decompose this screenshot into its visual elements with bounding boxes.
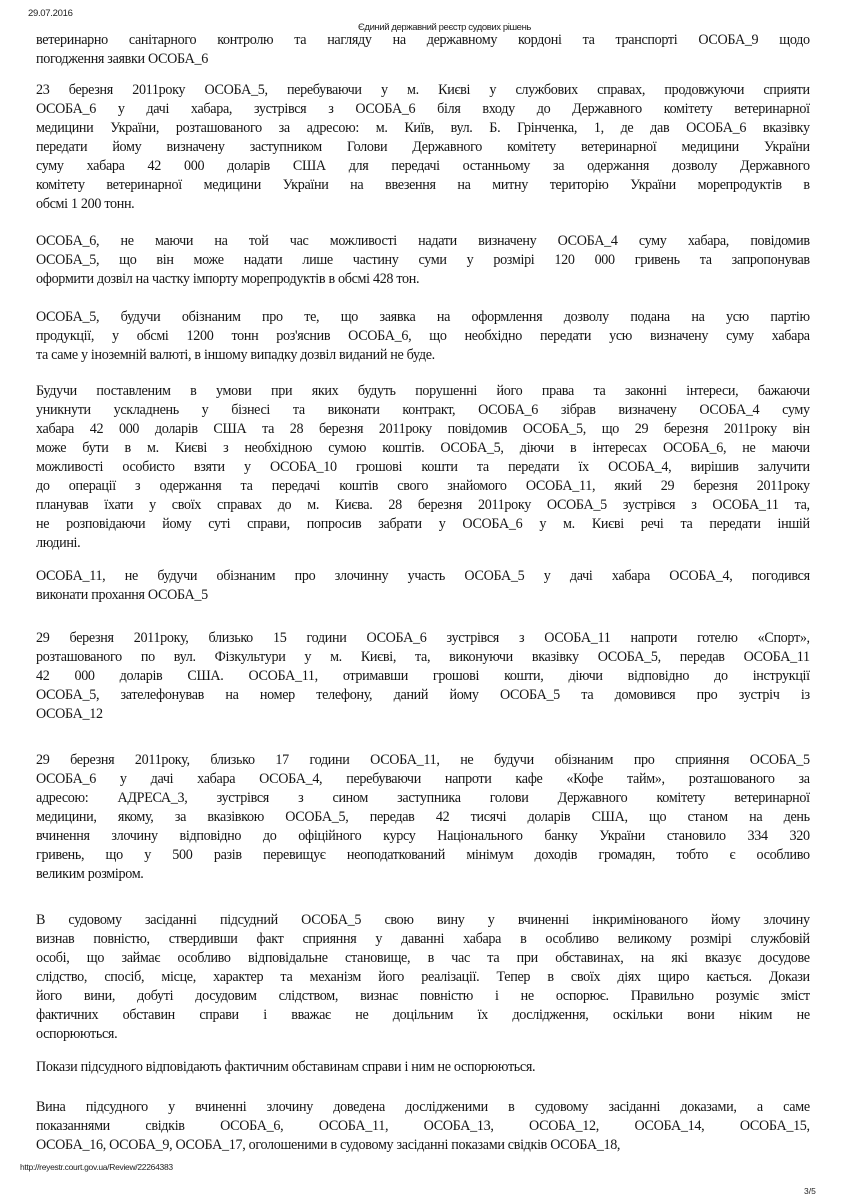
text-line: ОСОБА_5, що він може надати лише частину… <box>36 250 810 269</box>
paragraph: Покази підсудного відповідають фактичним… <box>36 1057 810 1076</box>
text-line: виконати прохання ОСОБА_5 <box>36 585 810 604</box>
text-line: великим розміром. <box>36 864 810 883</box>
text-line: ОСОБА_5, будучи обізнаним про те, що зая… <box>36 307 810 326</box>
source-url: http://reyestr.court.gov.ua/Review/22264… <box>20 1162 173 1172</box>
text-line: Будучи поставленим в умови при яких буду… <box>36 381 810 400</box>
text-line: медицини України, розташованого за адрес… <box>36 118 810 137</box>
text-line: уникнути ускладнень у бізнесі та виконат… <box>36 400 810 419</box>
paragraph: В судовому засіданні підсудний ОСОБА_5 с… <box>36 910 810 1043</box>
text-line: суму хабара 42 000 доларів США для перед… <box>36 156 810 175</box>
text-line: людині. <box>36 533 810 552</box>
text-line: Вина підсудного у вчиненні злочину довед… <box>36 1097 810 1116</box>
text-line: 29 березня 2011року, близько 17 години О… <box>36 750 810 769</box>
text-line: ОСОБА_6 у дачі хабара, зустрівся з ОСОБА… <box>36 99 810 118</box>
text-line: фактичних обставин справи і вважає не до… <box>36 1005 810 1024</box>
text-line: В судовому засіданні підсудний ОСОБА_5 с… <box>36 910 810 929</box>
text-line: ОСОБА_5, зателефонував на номер телефону… <box>36 685 810 704</box>
text-line: розташованого по вул. Фізкультури у м. К… <box>36 647 810 666</box>
text-line: ОСОБА_6, не маючи на той час можливості … <box>36 231 810 250</box>
text-line: 29 березня 2011року, близько 15 години О… <box>36 628 810 647</box>
text-line: передати йому визначену заступником Голо… <box>36 137 810 156</box>
print-date: 29.07.2016 <box>28 8 73 19</box>
text-line: адресою: АДРЕСА_3, зустрівся з сином зас… <box>36 788 810 807</box>
paragraph: ветеринарно санітарного контролю та нагл… <box>36 30 810 68</box>
text-line: медицини, якому, за вказівкою ОСОБА_5, п… <box>36 807 810 826</box>
paragraph: Вина підсудного у вчиненні злочину довед… <box>36 1097 810 1154</box>
text-line: вчинення злочину відповідно до офіційног… <box>36 826 810 845</box>
text-line: гривень, що у 500 разів перевищує неопод… <box>36 845 810 864</box>
text-line: хабара 42 000 доларів США та 28 березня … <box>36 419 810 438</box>
text-line: ОСОБА_11, не будучи обізнаним про злочин… <box>36 566 810 585</box>
text-line: до операції з одержання та передачі кошт… <box>36 476 810 495</box>
paragraph: Будучи поставленим в умови при яких буду… <box>36 381 810 552</box>
text-line: оспорюються. <box>36 1024 810 1043</box>
text-line: погодження заявки ОСОБА_6 <box>36 49 810 68</box>
text-line: та саме у іноземній валюті, в іншому вип… <box>36 345 810 364</box>
text-line: визнав повністю, ствердивши факт сприянн… <box>36 929 810 948</box>
paragraph: 29 березня 2011року, близько 17 години О… <box>36 750 810 883</box>
text-line: може бути в м. Києві з необхідною сумою … <box>36 438 810 457</box>
paragraph: 29 березня 2011року, близько 15 години О… <box>36 628 810 723</box>
text-line: Покази підсудного відповідають фактичним… <box>36 1057 810 1076</box>
text-line: оформити дозвіл на частку імпорту морепр… <box>36 269 810 288</box>
page-number: 3/5 <box>804 1186 816 1196</box>
paragraph: ОСОБА_11, не будучи обізнаним про злочин… <box>36 566 810 604</box>
text-line: планував їхати у своїх справах до м. Киє… <box>36 495 810 514</box>
paragraph: 23 березня 2011року ОСОБА_5, перебуваючи… <box>36 80 810 213</box>
text-line: комітету ветеринарної медицини України н… <box>36 175 810 194</box>
text-line: особі, що займає особливо відповідальне … <box>36 948 810 967</box>
text-line: не розповідаючи йому суті справи, попрос… <box>36 514 810 533</box>
text-line: ОСОБА_12 <box>36 704 810 723</box>
text-line: ветеринарно санітарного контролю та нагл… <box>36 30 810 49</box>
text-line: 42 000 доларів США. ОСОБА_11, отримавши … <box>36 666 810 685</box>
paragraph: ОСОБА_6, не маючи на той час можливості … <box>36 231 810 288</box>
text-line: слідство, спосіб, місце, характер та мех… <box>36 967 810 986</box>
text-line: ОСОБА_6 у дачі хабара ОСОБА_4, перебуваю… <box>36 769 810 788</box>
text-line: можливості особисто взяти у ОСОБА_10 гро… <box>36 457 810 476</box>
text-line: показаннями свідків ОСОБА_6, ОСОБА_11, О… <box>36 1116 810 1135</box>
text-line: його вини, добуті досудовим слідством, в… <box>36 986 810 1005</box>
text-line: продукції, у обсмі 1200 тонн роз'яснив О… <box>36 326 810 345</box>
text-line: 23 березня 2011року ОСОБА_5, перебуваючи… <box>36 80 810 99</box>
paragraph: ОСОБА_5, будучи обізнаним про те, що зая… <box>36 307 810 364</box>
text-line: обсмі 1 200 тонн. <box>36 194 810 213</box>
text-line: ОСОБА_16, ОСОБА_9, ОСОБА_17, оголошеними… <box>36 1135 810 1154</box>
